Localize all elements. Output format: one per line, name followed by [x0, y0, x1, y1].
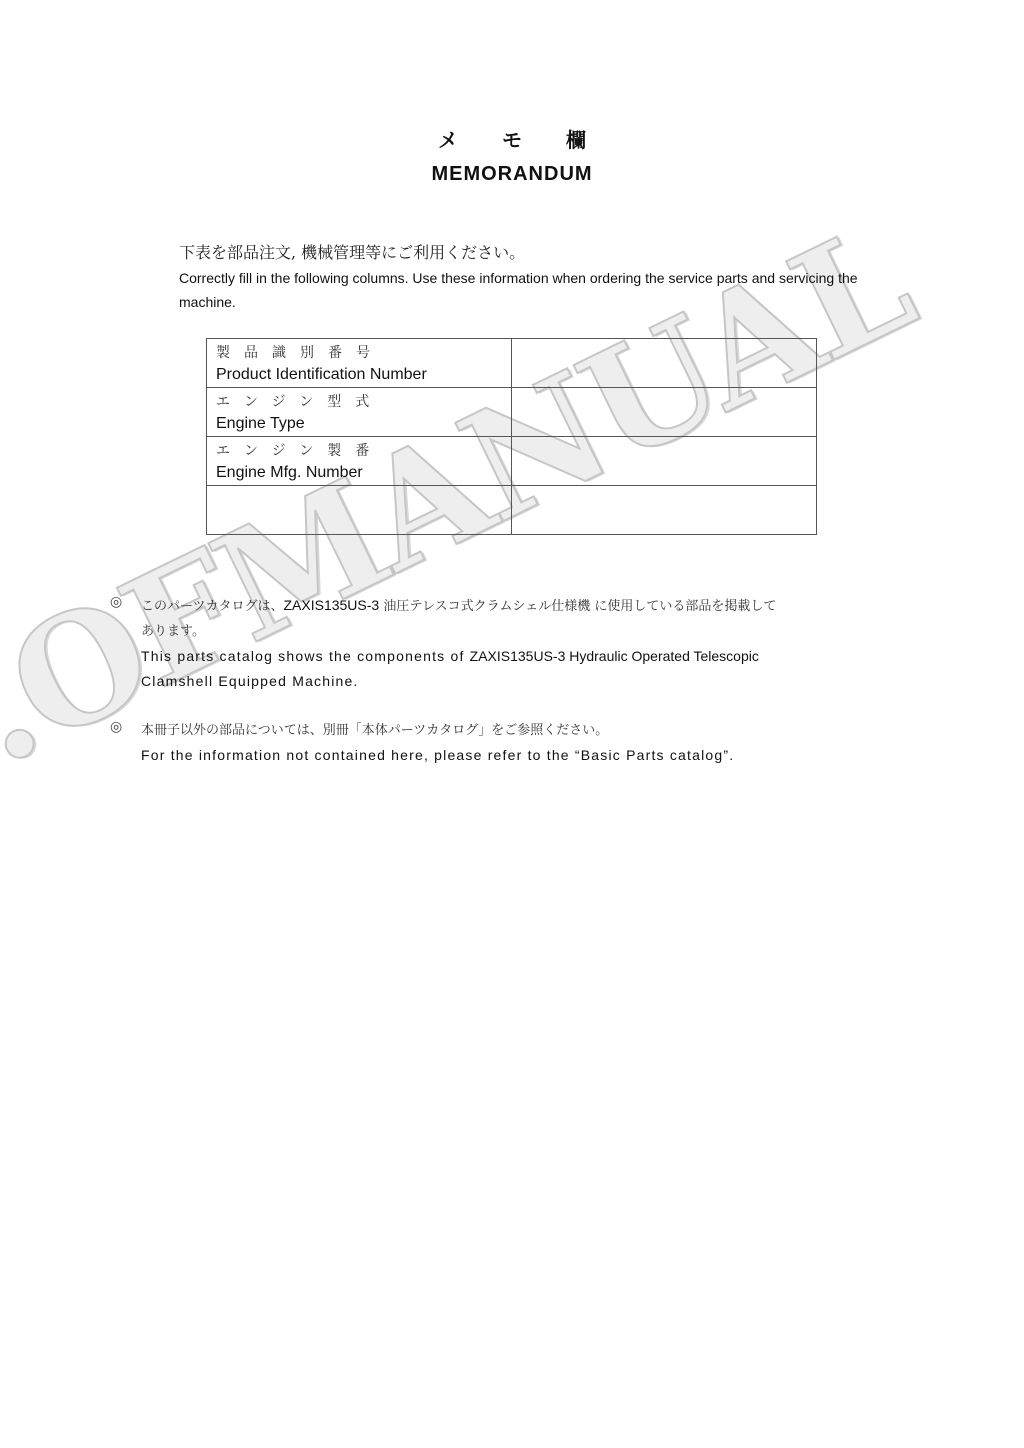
- table-row: [207, 486, 817, 535]
- double-circle-bullet-icon: ◎: [110, 718, 122, 735]
- row-label-cell: エンジン型式 Engine Type: [207, 388, 512, 437]
- engine-type-field[interactable]: [512, 388, 817, 437]
- title-char: 欄: [566, 124, 586, 153]
- note-japanese: このパーツカタログは、ZAXIS135US-3 油圧テレスコ式クラムシェル仕様機…: [141, 593, 890, 619]
- row-label-cell: エンジン製番 Engine Mfg. Number: [207, 437, 512, 486]
- note-text: This parts catalog shows the components …: [141, 648, 470, 664]
- page-title: MEMORANDUM: [0, 163, 1024, 186]
- note-parts-catalog-scope: ◎ このパーツカタログは、ZAXIS135US-3 油圧テレスコ式クラムシェル仕…: [110, 593, 890, 694]
- memo-table: 製品識別番号 Product Identification Number エンジ…: [206, 338, 817, 535]
- intro-japanese: 下表を部品注文, 機械管理等にご利用ください。: [179, 240, 525, 263]
- row-label-english: Engine Type: [216, 413, 511, 435]
- blank-label-cell[interactable]: [207, 486, 512, 535]
- note-basic-parts-catalog: ◎ 本冊子以外の部品については、別冊「本体パーツカタログ」をご参照ください。 F…: [110, 718, 890, 768]
- table-row: エンジン型式 Engine Type: [207, 388, 817, 437]
- page-title-japanese: メモ欄: [0, 124, 1024, 153]
- title-char: メ: [438, 124, 458, 153]
- blank-value-field[interactable]: [512, 486, 817, 535]
- table-row: エンジン製番 Engine Mfg. Number: [207, 437, 817, 486]
- row-label-japanese: 製品識別番号: [216, 342, 511, 364]
- note-english: This parts catalog shows the components …: [141, 644, 890, 669]
- engine-mfg-number-field[interactable]: [512, 437, 817, 486]
- note-text: このパーツカタログは、: [141, 599, 283, 614]
- row-label-japanese: エンジン型式: [216, 391, 511, 413]
- note-text: 油圧テレスコ式クラムシェル仕様機 に使用している部品を掲載して: [379, 599, 776, 614]
- table-row: 製品識別番号 Product Identification Number: [207, 339, 817, 388]
- row-label-english: Product Identification Number: [216, 364, 511, 386]
- note-japanese-line2: あります。: [141, 619, 890, 644]
- model-name: ZAXIS135US-3: [283, 597, 379, 613]
- intro-english: Correctly fill in the following columns.…: [179, 266, 899, 314]
- note-japanese: 本冊子以外の部品については、別冊「本体パーツカタログ」をご参照ください。: [141, 718, 890, 743]
- double-circle-bullet-icon: ◎: [110, 593, 122, 610]
- note-english-line2: Clamshell Equipped Machine.: [141, 669, 890, 694]
- row-label-cell: 製品識別番号 Product Identification Number: [207, 339, 512, 388]
- row-label-japanese: エンジン製番: [216, 440, 511, 462]
- title-char: モ: [502, 124, 522, 153]
- row-label-english: Engine Mfg. Number: [216, 462, 511, 484]
- model-description: ZAXIS135US-3 Hydraulic Operated Telescop…: [470, 648, 759, 664]
- product-identification-number-field[interactable]: [512, 339, 817, 388]
- document-page: .OFMANUAL メモ欄 MEMORANDUM 下表を部品注文, 機械管理等に…: [0, 0, 1024, 1448]
- note-english: For the information not contained here, …: [141, 743, 890, 768]
